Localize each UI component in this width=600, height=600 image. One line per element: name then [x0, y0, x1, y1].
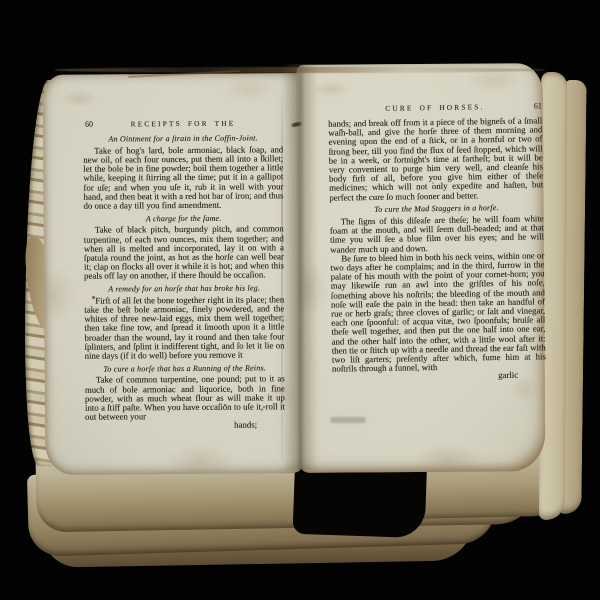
right-page-header: CURE OF HORSES. 61: [328, 101, 542, 115]
right-page-text: CURE OF HORSES. 61 hands; and break off …: [328, 101, 546, 383]
top-edge-stain: [54, 67, 546, 73]
section-heading: A remedy for an horſe that has broke his…: [84, 283, 284, 294]
left-page-header: 60 RECEIPTS FOR THE: [83, 118, 283, 130]
section-paragraph: Take of common turpentine, one pound; pu…: [85, 375, 285, 422]
running-head: RECEIPTS FOR THE: [131, 119, 236, 129]
left-page-text: 60 RECEIPTS FOR THE An Ointment for a ſt…: [83, 118, 285, 431]
photo-of-open-antique-book: 60 RECEIPTS FOR THE An Ointment for a ſt…: [0, 0, 600, 600]
section-paragraph: Firſt of all ſet the bone together right…: [84, 295, 284, 361]
section-heading: To cure a horſe that has a Running of th…: [85, 363, 285, 374]
section-heading: A charge for the ſame.: [84, 213, 284, 224]
section-paragraph: Be ſure to bleed him in both his neck ve…: [330, 251, 546, 374]
section-paragraph: Take of black pitch, burgundy pitch, and…: [84, 225, 284, 282]
page-number: 61: [534, 101, 542, 110]
section-heading: An Ointment for a ſtrain in the Coffin-J…: [83, 133, 283, 144]
section-paragraph: Take of hog's lard, bole armoniac, black…: [83, 145, 283, 211]
catchword: hands;: [85, 421, 285, 432]
running-head: CURE OF HORSES.: [385, 102, 484, 113]
continuation-paragraph: hands; and break off from it a piece of …: [328, 116, 543, 202]
section-paragraph: The ſigns of this diſeaſe are theſe; he …: [330, 214, 545, 254]
page-number: 60: [85, 120, 93, 129]
erased-text-smudge: [330, 417, 366, 423]
